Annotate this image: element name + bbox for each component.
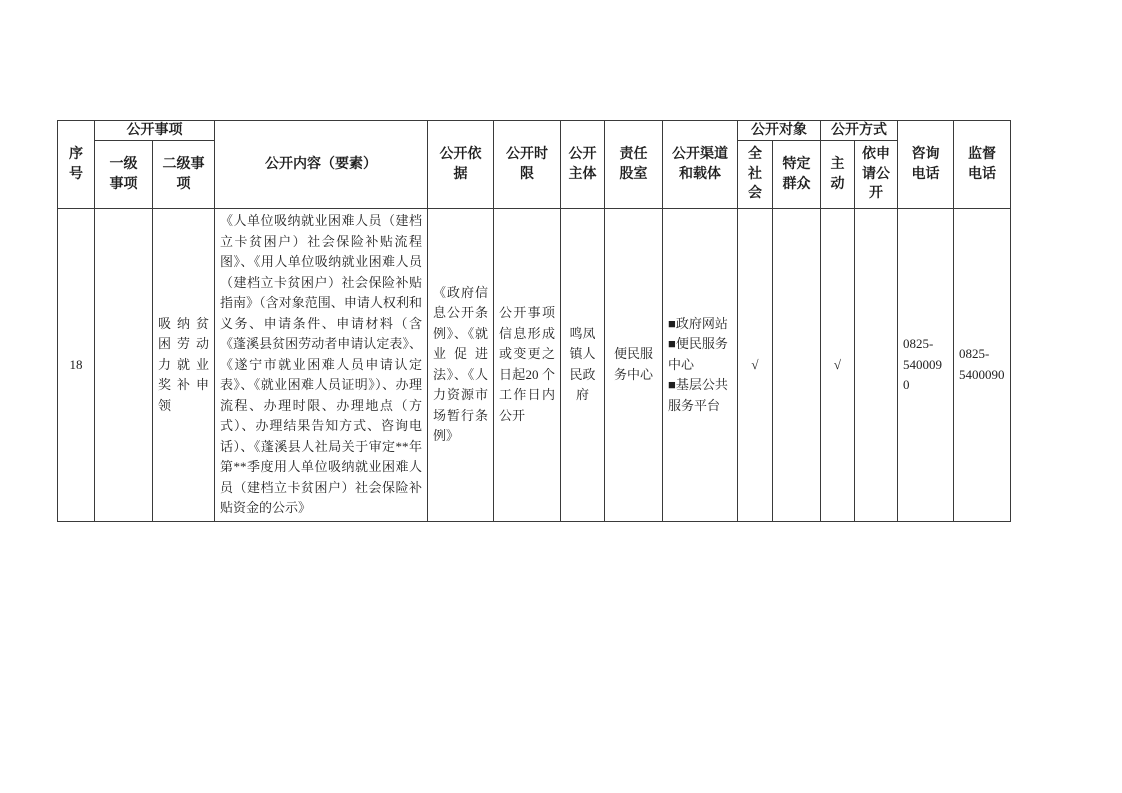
col-header-consult-phone: 咨询电话 [898, 121, 954, 209]
col-header-channels-label: 公开渠道和载体 [670, 145, 730, 184]
cell-whole-society-check: √ [738, 209, 773, 522]
cell-channels: ■政府网站 ■便民服务中心 ■基层公共服务平台 [663, 209, 738, 522]
cell-content: 《人单位吸纳就业困难人员（建档立卡贫困户）社会保险补贴流程图》、《用人单位吸纳就… [215, 209, 428, 522]
col-header-on-request: 依申请公开 [855, 141, 898, 209]
col-header-level1-label: 一级事项 [108, 155, 138, 194]
col-header-supervise-phone: 监督电话 [954, 121, 1011, 209]
col-header-serial-label: 序号 [68, 145, 83, 184]
col-header-office: 责任股室 [605, 121, 663, 209]
col-header-on-request-label: 依申请公开 [861, 145, 891, 204]
col-header-whole-society: 全社会 [738, 141, 773, 209]
col-header-level1: 一级事项 [95, 141, 153, 209]
col-header-specific-groups: 特定群众 [773, 141, 821, 209]
table-row: 18 吸纳贫困劳动力就业奖补申领 《人单位吸纳就业困难人员（建档立卡贫困户）社会… [58, 209, 1011, 522]
channel-item: ■便民服务中心 [668, 334, 732, 375]
cell-basis: 《政府信息公开条例》、《就业促进法》、《人力资源市场暂行条例》 [428, 209, 494, 522]
cell-subject: 鸣凤镇人民政府 [561, 209, 605, 522]
col-header-basis: 公开依据 [428, 121, 494, 209]
disclosure-table: 序号 公开事项 公开内容（要素） 公开依据 公开时限 公开主体 责任股室 公开渠… [57, 120, 1011, 522]
col-header-proactive-label: 主动 [830, 155, 845, 194]
channel-item: ■基层公共服务平台 [668, 375, 732, 416]
cell-time-limit: 公开事项信息形成或变更之日起20 个工作日内公开 [494, 209, 561, 522]
col-header-time-limit-label: 公开时限 [505, 145, 550, 184]
col-header-audience: 公开对象 [738, 121, 821, 141]
col-header-whole-society-label: 全社会 [747, 145, 762, 204]
cell-supervise-phone: 0825-5400090 [954, 209, 1011, 522]
col-header-supervise-phone-label: 监督电话 [967, 145, 997, 184]
cell-level2: 吸纳贫困劳动力就业奖补申领 [153, 209, 215, 522]
cell-consult-phone: 0825-5400090 [898, 209, 954, 522]
col-header-method: 公开方式 [821, 121, 898, 141]
col-header-subject: 公开主体 [561, 121, 605, 209]
col-header-basis-label: 公开依据 [438, 145, 483, 184]
document-page: 序号 公开事项 公开内容（要素） 公开依据 公开时限 公开主体 责任股室 公开渠… [0, 0, 1122, 793]
col-header-time-limit: 公开时限 [494, 121, 561, 209]
col-header-subject-label: 公开主体 [567, 145, 597, 184]
cell-proactive-check: √ [821, 209, 855, 522]
col-header-public-matters: 公开事项 [95, 121, 215, 141]
channel-item: ■政府网站 [668, 314, 732, 335]
cell-specific-groups-check [773, 209, 821, 522]
col-header-office-label: 责任股室 [618, 145, 648, 184]
col-header-level2-label: 二级事项 [161, 155, 206, 194]
cell-serial: 18 [58, 209, 95, 522]
col-header-serial: 序号 [58, 121, 95, 209]
col-header-content: 公开内容（要素） [215, 121, 428, 209]
cell-level1 [95, 209, 153, 522]
col-header-consult-phone-label: 咨询电话 [910, 145, 940, 184]
col-header-proactive: 主动 [821, 141, 855, 209]
col-header-specific-groups-label: 特定群众 [781, 155, 811, 194]
cell-on-request-check [855, 209, 898, 522]
col-header-level2: 二级事项 [153, 141, 215, 209]
cell-office: 便民服务中心 [605, 209, 663, 522]
col-header-channels: 公开渠道和载体 [663, 121, 738, 209]
